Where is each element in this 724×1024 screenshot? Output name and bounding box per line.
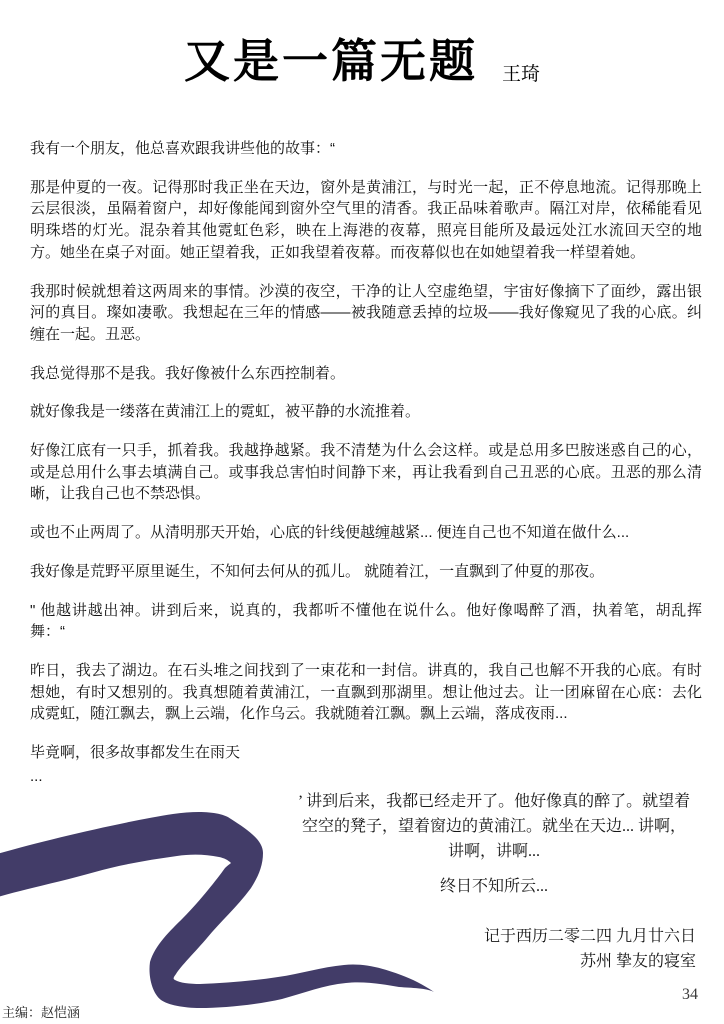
paragraph: 那是仲夏的一夜。记得那时我正坐在天边，窗外是黄浦江，与时光一起，正不停息地流。记… <box>30 177 702 264</box>
paragraph: 我总觉得那不是我。我好像被什么东西控制着。 <box>30 363 702 385</box>
title-row: 又是一篇无题 王琦 <box>0 36 724 89</box>
quote-line: ’ 讲到后来，我都已经走开了。他好像真的醉了。就望着 <box>292 789 696 814</box>
paragraph-ellipsis: ... <box>30 766 702 788</box>
author-name: 王琦 <box>502 59 540 86</box>
essay-body: 我有一个朋友，他总喜欢跟我讲些他的故事：“ 那是仲夏的一夜。记得那时我正坐在天边… <box>30 138 702 804</box>
paragraph: 我有一个朋友，他总喜欢跟我讲些他的故事：“ <box>30 138 702 160</box>
page-title: 又是一篇无题 <box>184 36 478 89</box>
paragraph: 或也不止两周了。从清明那天开始，心底的针线便越缠越紧... 便连自己也不知道在做… <box>30 522 702 544</box>
quote-line: 空空的凳子，望着窗边的黄浦江。就坐在天边... 讲啊， <box>292 814 696 839</box>
place-line: 苏州 挚友的寝室 <box>292 949 696 974</box>
closing-block: ’ 讲到后来，我都已经走开了。他好像真的醉了。就望着 空空的凳子，望着窗边的黄浦… <box>292 789 696 974</box>
document-page: 又是一篇无题 王琦 我有一个朋友，他总喜欢跟我讲些他的故事：“ 那是仲夏的一夜。… <box>0 0 724 1024</box>
date-signature: 记于西历二零二四 九月廿六日 苏州 挚友的寝室 <box>292 924 696 974</box>
quote-line: 讲啊，讲啊... <box>292 839 696 864</box>
paragraph: 好像江底有一只手，抓着我。我越挣越紧。我不清楚为什么会这样。或是总用多巴胺迷惑自… <box>30 440 702 505</box>
paragraph: " 他越讲越出神。讲到后来，说真的，我都听不懂他在说什么。他好像喝醉了酒，执着笔… <box>30 600 702 643</box>
closing-quote: ’ 讲到后来，我都已经走开了。他好像真的醉了。就望着 空空的凳子，望着窗边的黄浦… <box>292 789 696 864</box>
closing-mumble: 终日不知所云... <box>292 874 696 899</box>
page-number: 34 <box>682 986 698 1004</box>
date-line: 记于西历二零二四 九月廿六日 <box>292 924 696 949</box>
paragraph: 毕竟啊，很多故事都发生在雨天 <box>30 742 702 764</box>
paragraph: 昨日，我去了湖边。在石头堆之间找到了一束花和一封信。讲真的，我自己也解不开我的心… <box>30 660 702 725</box>
editor-credit: 主编：赵恺涵 <box>2 1002 80 1021</box>
paragraph: 我那时候就想着这两周来的事情。沙漠的夜空，干净的让人空虚绝望，宇宙好像摘下了面纱… <box>30 281 702 346</box>
paragraph: 就好像我是一缕落在黄浦江上的霓虹，被平静的水流推着。 <box>30 401 702 423</box>
paragraph: 我好像是荒野平原里诞生，不知何去何从的孤儿。 就随着江，一直飘到了仲夏的那夜。 <box>30 561 702 583</box>
